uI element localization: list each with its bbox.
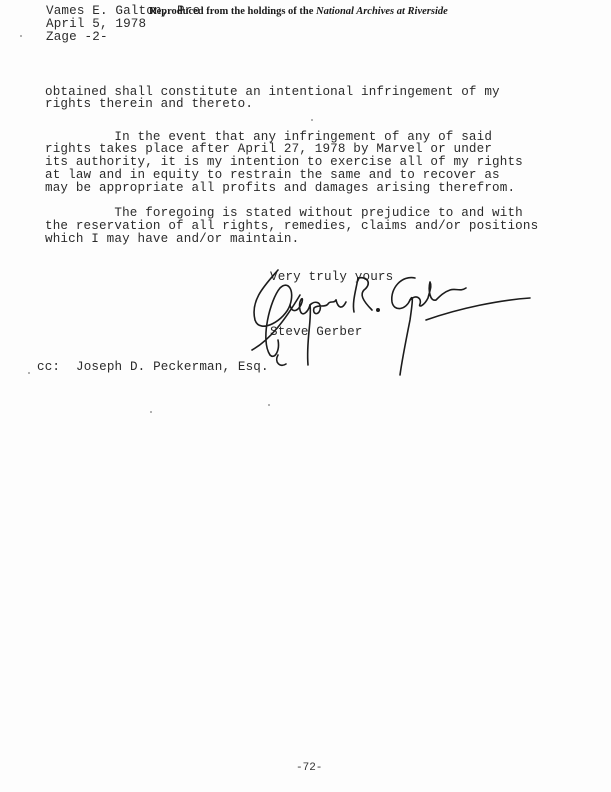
paragraph-1-line-2: rights therein and thereto. [45,99,253,110]
scan-speck [311,119,313,121]
archive-stamp-prefix: Reproduced from the holdings of the [149,6,316,17]
paragraph-3-line-2: the reservation of all rights, remedies,… [45,221,538,232]
paragraph-2-line-5: may be appropriate all profits and damag… [45,183,515,194]
paragraph-2-line-3: its authority, it is my intention to exe… [45,157,523,168]
page-label: Zage -2- [46,32,108,43]
handwritten-signature [230,260,540,380]
scan-speck [28,372,30,374]
cc-recipient: Joseph D. Peckerman, Esq. [76,362,269,373]
archive-stamp-institution: National Archives at Riverside [316,6,448,17]
letter-date: April 5, 1978 [46,19,146,30]
page-number: -72- [296,762,322,774]
scan-speck [150,411,152,413]
scan-speck [268,404,270,406]
scan-speck [20,35,22,37]
cc-label: cc: [37,362,60,373]
paragraph-3-line-1: The foregoing is stated without prejudic… [45,208,523,219]
document-page: Vames E. Galton, Pre April 5, 1978 Zage … [0,0,611,792]
archive-stamp: Reproduced from the holdings of the Nati… [149,6,448,17]
paragraph-2-line-2: rights takes place after April 27, 1978 … [45,144,492,155]
paragraph-2-line-4: at law and in equity to restrain the sam… [45,170,500,181]
paragraph-3-line-3: which I may have and/or maintain. [45,234,299,245]
